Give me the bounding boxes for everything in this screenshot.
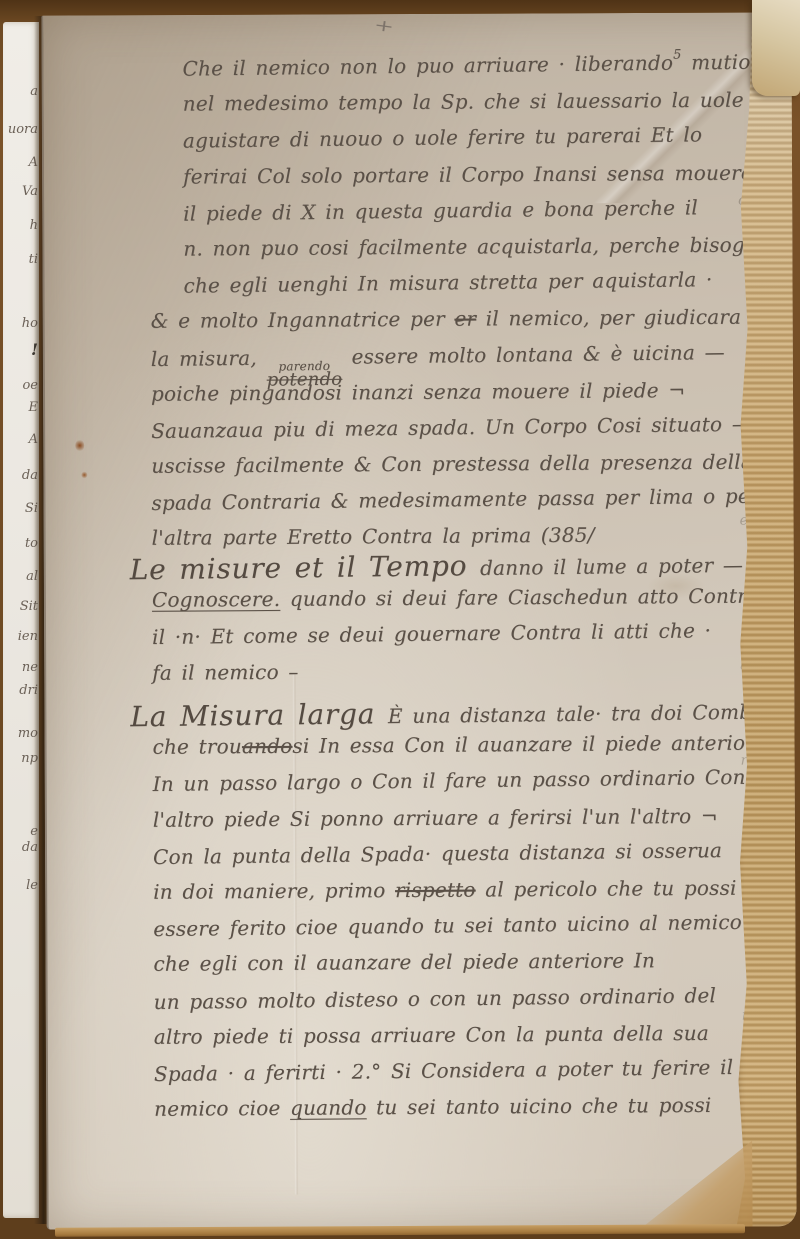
manuscript-line: un passo molto disteso o con un passo or…: [47, 982, 737, 1027]
manuscript-line: fa il nemico –: [46, 656, 736, 697]
text-segment: che egli uenghi In misura stretta per aq…: [183, 267, 712, 297]
manuscript-line: che egli con il auanzare del piede anter…: [47, 948, 737, 989]
text-segment: poiche pingandosi inanzi senza mouere il…: [151, 378, 685, 406]
text-segment: Cognoscere.: [152, 587, 280, 612]
text-segment: aguistare di nuouo o uole ferire tu pare…: [183, 123, 703, 153]
text-segment: l'altro piede Si ponno arriuare a ferirs…: [153, 803, 718, 831]
paragraph: Le misure et il Tempo danno il lume a po…: [46, 549, 737, 697]
paragraph: Che il nemico non lo puo arriuare · libe…: [44, 53, 736, 563]
text-segment: la misura,: [151, 345, 267, 370]
text-segment: & e molto Ingannatrice per: [151, 307, 455, 333]
text-segment: rispetto: [395, 877, 476, 902]
manuscript-line: aguistare di nuouo o uole ferire tu pare…: [44, 122, 734, 167]
text-segment: ferirai Col solo portare il Corpo Inansi…: [183, 160, 753, 188]
text-segment: l'altra parte Eretto Contra la prima (38…: [152, 523, 595, 550]
manuscript-text: Che il nemico non lo puo arriuare · libe…: [43, 12, 796, 1229]
manuscript-line: il ·n· Et come se deui gouernare Contra …: [46, 618, 736, 663]
text-segment: il ·n· Et come se deui gouernare Contra …: [152, 619, 711, 650]
text-segment: in doi maniere, primo: [153, 878, 395, 904]
text-segment: È una distanza tale· tra doi Combattenti: [388, 699, 797, 728]
manuscript-line: In un passo largo o Con il fare un passo…: [47, 765, 737, 810]
text-segment: essere molto lontana & è uicina —: [342, 340, 725, 369]
text-segment: uscisse facilmente & Con prestessa della…: [151, 450, 753, 478]
text-segment: nemico cioe: [154, 1096, 290, 1121]
text-segment: si In essa Con il auanzare il piede ante…: [292, 731, 755, 758]
text-segment: nel medesimo tempo la Sp. che si lauessa…: [183, 88, 744, 116]
manuscript-photo: auoraAVahtiho!oeEAdaSitoalSitiennedrimon…: [0, 0, 800, 1239]
text-segment: quando si deui fare Ciaschedun atto Cont…: [280, 584, 759, 611]
manuscript-line: & e molto Ingannatrice per er il nemico,…: [45, 305, 735, 346]
text-segment: danno il lume a poter —: [480, 553, 743, 580]
text-segment: fa il nemico –: [152, 659, 298, 684]
text-segment: che trou: [152, 734, 242, 759]
manuscript-line: la misura, parendopotendo essere molto l…: [45, 339, 735, 384]
manuscript-line: l'altro piede Si ponno arriuare a ferirs…: [47, 803, 737, 844]
text-segment: il nemico, per giudicara: [476, 305, 741, 331]
text-segment: tu sei tanto uicino che tu possi: [366, 1093, 711, 1119]
text-segment: quando: [290, 1095, 367, 1120]
text-segment: Le misure et il Tempo: [130, 549, 481, 586]
text-segment: che egli con il auanzare del piede anter…: [153, 949, 655, 977]
text-segment: al pericolo che tu possi: [476, 876, 737, 902]
manuscript-line: ferirai Col solo portare il Corpo Inansi…: [44, 160, 734, 201]
paragraph: La Misura larga È una distanza tale· tra…: [46, 696, 738, 1133]
text-segment: ando: [242, 734, 293, 758]
text-segment: n. non puo cosi facilmente acquistarla, …: [183, 232, 770, 260]
text-segment: er: [454, 307, 476, 331]
manuscript-line: nemico cioe quando tu sei tanto uicino c…: [48, 1093, 738, 1134]
top-right-page-edge: [752, 0, 800, 96]
text-segment: La Misura larga: [130, 697, 388, 733]
text-segment: 5: [673, 48, 682, 63]
text-segment: Che il nemico non lo puo arriuare · libe…: [182, 51, 673, 81]
text-segment: altro piede ti possa arriuare Con la pun…: [154, 1021, 709, 1049]
manuscript-page: + Che il nemico non lo puo arriuare · li…: [41, 12, 796, 1229]
